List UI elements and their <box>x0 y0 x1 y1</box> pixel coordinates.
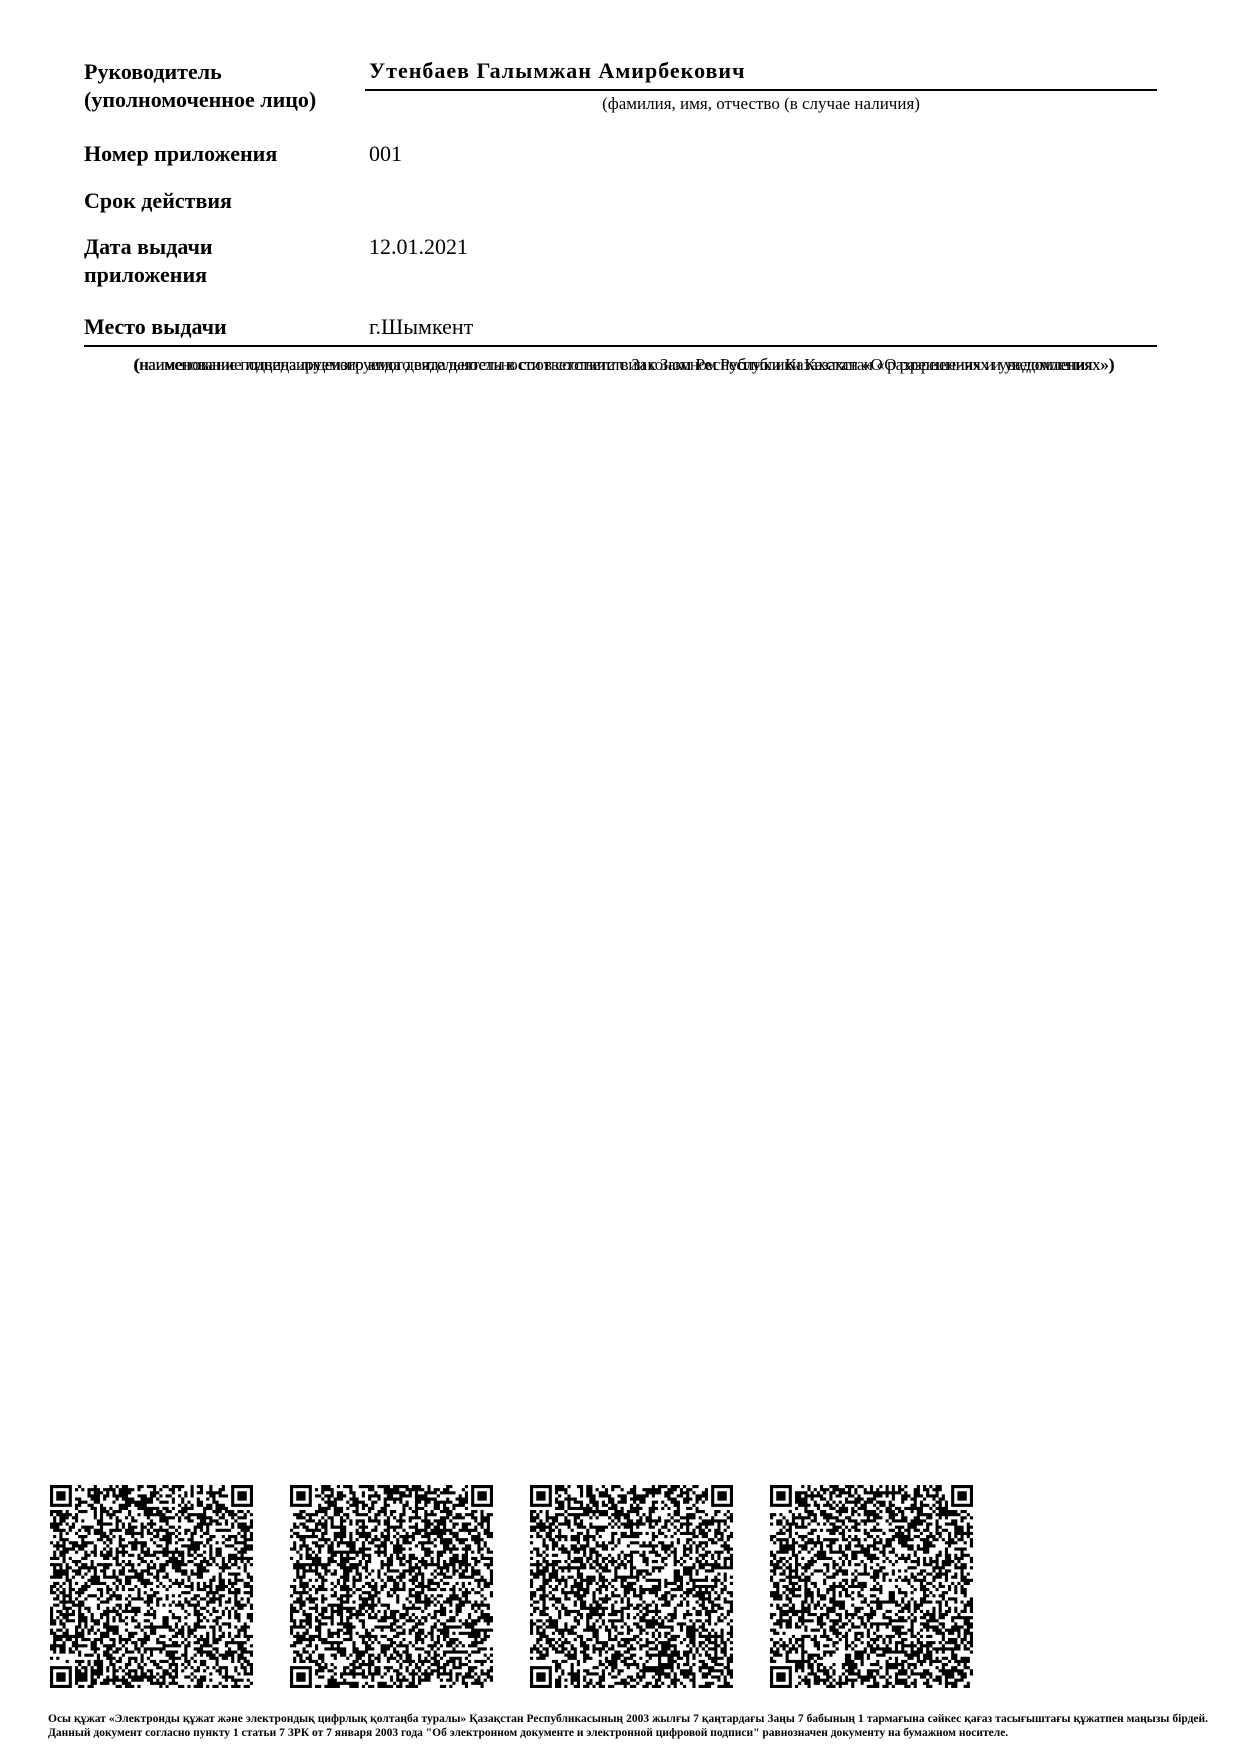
head-label: Руководитель (уполномоченное лицо) <box>84 58 316 114</box>
appendix-number-value: 001 <box>369 140 402 168</box>
issue-date-label-line2: приложения <box>84 261 213 289</box>
issue-date-label: Дата выдачи приложения <box>84 233 213 289</box>
head-label-line1: Руководитель <box>84 58 316 86</box>
head-label-line2: (уполномоченное лицо) <box>84 86 316 114</box>
head-caption: (фамилия, имя, отчество (в случае наличи… <box>365 94 1157 114</box>
qr-code-2 <box>290 1485 493 1688</box>
qr-code-1 <box>50 1485 253 1688</box>
footer-legal-note: Осы құжат «Электронды құжат және электро… <box>48 1712 1208 1740</box>
issue-date-label-line1: Дата выдачи <box>84 233 213 261</box>
qr-code-3 <box>530 1485 733 1688</box>
caption-line-b: (наименование подвида лицензируемого вид… <box>84 352 1164 378</box>
appendix-number-label: Номер приложения <box>84 140 277 168</box>
validity-label: Срок действия <box>84 187 232 215</box>
issue-date-value: 12.01.2021 <box>369 233 468 261</box>
head-underline <box>365 89 1157 91</box>
head-name: Утенбаев Галымжан Амирбекович <box>369 58 746 84</box>
issue-place-underline <box>84 345 1157 347</box>
issue-place-value: г.Шымкент <box>369 313 473 341</box>
issue-place-label: Место выдачи <box>84 313 227 341</box>
qr-code-4 <box>770 1485 973 1688</box>
